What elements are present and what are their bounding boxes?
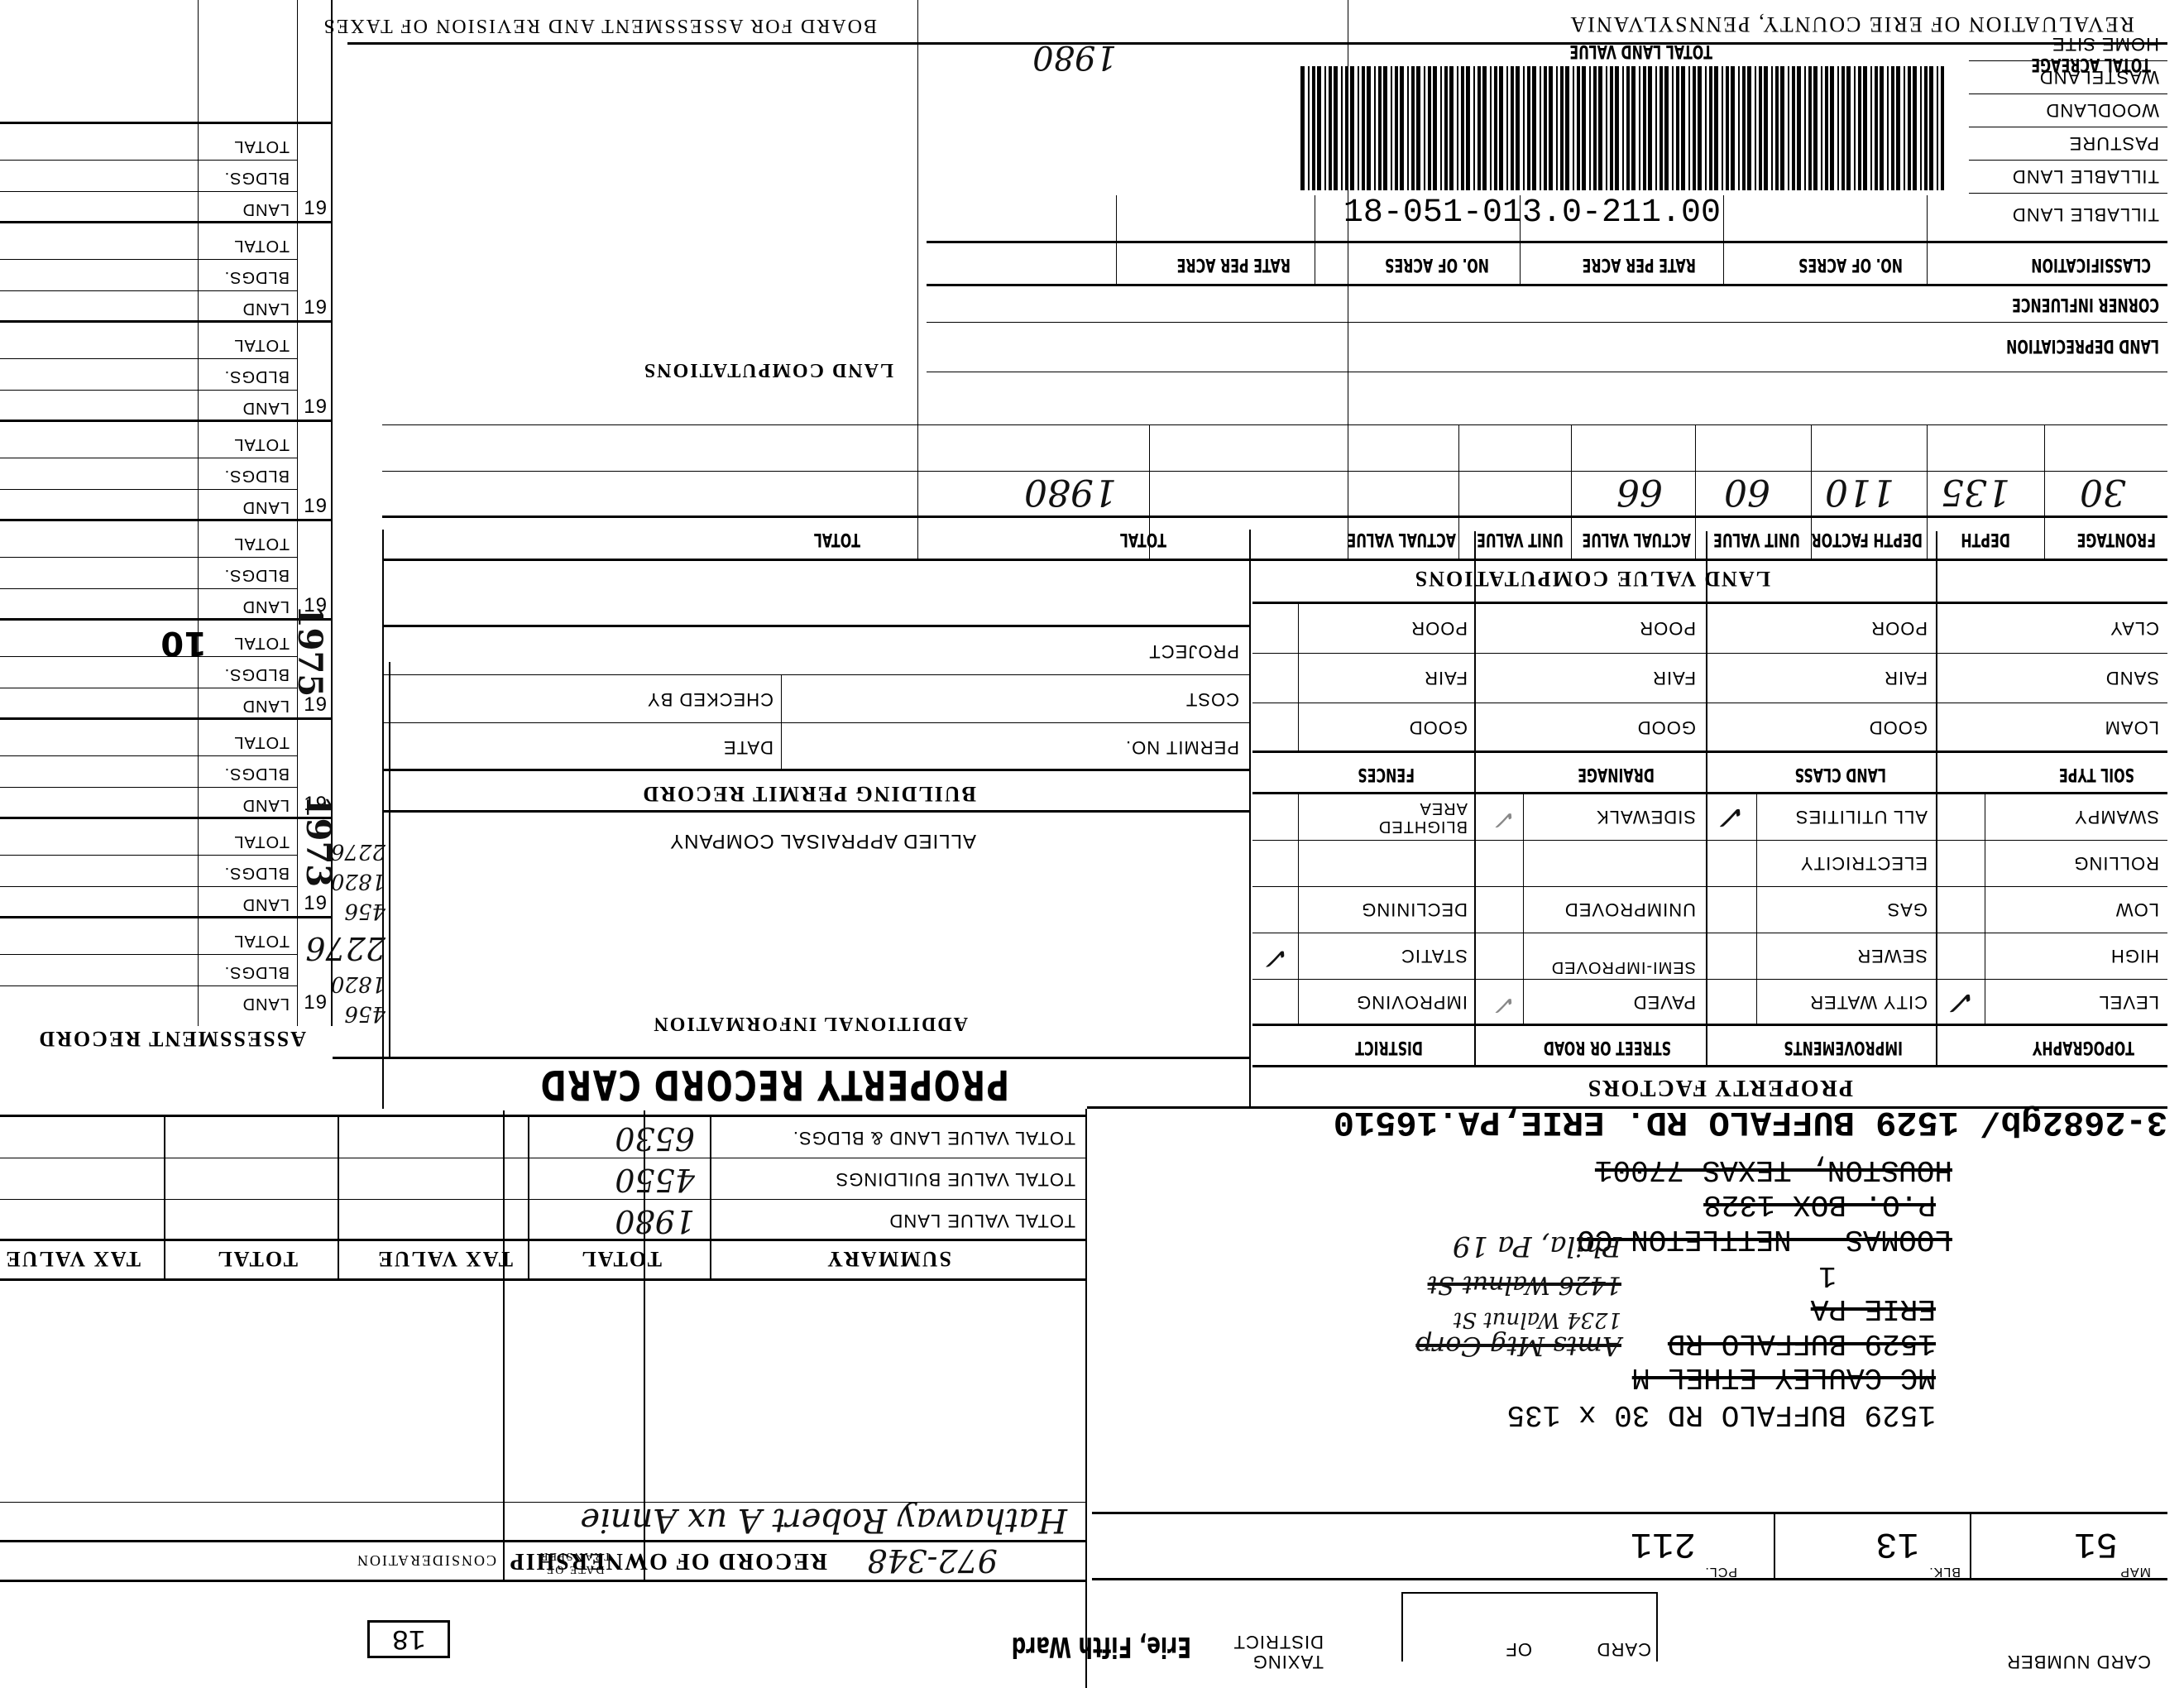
assessment-row-divider (0, 855, 298, 856)
assessment-block-divider (0, 618, 333, 621)
assessment-block-divider (0, 519, 333, 521)
assessment-row-label: TOTAL (233, 335, 290, 354)
assessment-row-divider (0, 290, 298, 291)
street-paved-check[interactable]: ✓ (1495, 990, 1517, 1021)
assessment-row-label: LAND (242, 597, 290, 616)
class-col-rate-2: RATE PER ACRE (1177, 254, 1291, 275)
assessment-block-divider (0, 817, 333, 819)
additional-info-label: ADDITIONAL INFORMATION (652, 1012, 968, 1034)
of-label: OF (1505, 1638, 1532, 1660)
topo-rolling: ROLLING (2073, 852, 2159, 874)
side-figure-5: 1820 (331, 869, 386, 894)
lv-col-actual-value-2: ACTUAL VALUE (1347, 529, 1456, 549)
board-title: BOARD FOR ASSESSMENT AND REVISION OF TAX… (322, 14, 877, 36)
blk-value: 13 (1875, 1523, 1919, 1564)
permit-no-label: PERMIT NO. (1125, 736, 1239, 758)
imp-gas: GAS (1887, 899, 1928, 920)
class-row-pasture: PASTURE (2069, 132, 2159, 154)
card-of-box: CARD OF (1401, 1592, 1658, 1662)
side-figure-3: 2276 (305, 930, 386, 966)
lv-col-unit-value-1: UNIT VALUE (1713, 529, 1800, 549)
assessment-row-label: BLDGS. (224, 367, 290, 386)
street-paved: PAVED (1633, 991, 1696, 1013)
lv-depth: 135 (1941, 471, 2010, 513)
assessment-year-prefix: 19 (304, 991, 328, 1014)
side-figure-6: 2276 (331, 839, 386, 864)
lv-col-actual-value-1: ACTUAL VALUE (1582, 529, 1691, 549)
summary-row-land-bldgs-total: 6530 (615, 1120, 695, 1157)
parcel-id: 18-051-013.0-211.00 (1343, 194, 1721, 232)
summary-row-land-bldgs-label: TOTAL VALUE LAND & BLDGS. (793, 1127, 1075, 1149)
assessment-row-label: TOTAL (233, 832, 290, 851)
building-permit-title: BUILDING PERMIT RECORD (641, 781, 976, 806)
district-static-check[interactable]: ✓ (1266, 941, 1291, 975)
imp-electricity: ELECTRICITY (1800, 852, 1928, 874)
assessment-year-prefix: 19 (304, 296, 328, 319)
map-label: MAP (2119, 1564, 2151, 1579)
assessment-row-label: TOTAL (233, 137, 290, 156)
assessment-row-divider (0, 557, 298, 558)
assessment-row-label: LAND (242, 299, 290, 318)
factor-col-topography: TOPOGRAPHY (2033, 1037, 2134, 1057)
assessment-row-label: TOTAL (233, 931, 290, 950)
handwritten-stamp: 10 (160, 624, 207, 662)
handwritten-year-1973: 1973 (299, 795, 338, 887)
lv-col-total-1: TOTAL (1120, 529, 1166, 549)
address-line-4-hand: 1234 Walnut St (1454, 1307, 1621, 1332)
assessment-row-divider (0, 588, 298, 589)
allied-appraisal-company: ALLIED APPRAISAL COMPANY (669, 829, 976, 852)
assessment-row-label: LAND (242, 398, 290, 417)
factor-col-improvements: IMPROVEMENTS (1784, 1037, 1903, 1057)
card-label: CARD (1597, 1638, 1651, 1660)
assessment-row-label: BLDGS. (224, 863, 290, 882)
assessment-year-prefix: 19 (304, 396, 328, 419)
pcl-value: 211 (1631, 1523, 1696, 1564)
assessment-row-divider (0, 886, 298, 887)
side-figure-4: 456 (344, 899, 386, 923)
lv-col-unit-value-2: UNIT VALUE (1477, 529, 1564, 549)
factor-col-district: DISTRICT (1355, 1037, 1423, 1057)
topo-level: LEVEL (2099, 991, 2160, 1013)
soil-col-drainage: DRAINAGE (1578, 764, 1655, 784)
side-figure-1: 456 (344, 1001, 386, 1026)
assessment-row-divider (0, 259, 298, 260)
imp-all-utilities-check[interactable]: ✓ (1719, 798, 1747, 836)
assessment-row-label: BLDGS. (224, 565, 290, 584)
address-line-5: 1 (1818, 1259, 1837, 1292)
assessment-row-label: LAND (242, 199, 290, 218)
date-of-transfer-label: DATE OF TRANSFER (513, 1549, 637, 1575)
assessment-row-label: TOTAL (233, 434, 290, 453)
assessment-block-divider (0, 916, 333, 918)
summary-row-buildings-label: TOTAL VALUE BUILDINGS (836, 1168, 1075, 1190)
assessment-row-label: TOTAL (233, 732, 290, 751)
soil-clay: CLAY (2110, 617, 2159, 639)
assessment-row-divider (0, 390, 298, 391)
lv-unit-value: 60 (1724, 471, 1770, 513)
assessment-block-divider (0, 420, 333, 422)
assessment-year-prefix: 19 (304, 892, 328, 915)
assessment-row-divider (0, 458, 298, 458)
lv-col-depth: DEPTH (1961, 529, 2010, 549)
assessment-row-label: BLDGS. (224, 168, 290, 187)
property-record-card-title: PROPERTY RECORD CARD (539, 1061, 1009, 1109)
permit-checked-by-label: CHECKED BY (647, 688, 773, 710)
permit-cost-label: COST (1185, 688, 1239, 710)
street-sidewalk-check[interactable]: ✓ (1495, 804, 1517, 836)
class-good: GOOD (1869, 717, 1928, 738)
summary-row-buildings-total: 4550 (615, 1162, 695, 1198)
total-acreage-label: TOTAL ACREAGE (2031, 54, 2151, 74)
permit-date-label: DATE (723, 736, 773, 758)
drainage-good: GOOD (1637, 717, 1696, 738)
fences-poor: POOR (1410, 617, 1468, 639)
blk-label: BLK. (1928, 1564, 1961, 1579)
taxing-district-value: Erie, Fifth Ward (1012, 1630, 1191, 1663)
district-blighted: BLIGHTED AREA (1335, 799, 1468, 836)
class-row-woodland: WOODLAND (2045, 99, 2159, 121)
address-line-4: ERIE PA (1811, 1292, 1936, 1326)
lv-frontage: 30 (2080, 471, 2126, 513)
box-number: 18 (367, 1620, 450, 1658)
lv-col-frontage: FRONTAGE (2077, 529, 2156, 549)
topo-high: HIGH (2110, 945, 2159, 966)
assessment-row-label: LAND (242, 696, 290, 715)
summary-col-total-1: TOTAL (580, 1246, 662, 1271)
soil-col-land-class: LAND CLASS (1795, 764, 1886, 784)
class-row-tillable-1: TILLABLE LAND (2012, 204, 2159, 225)
assessment-year-prefix: 19 (304, 693, 328, 717)
assessment-row-divider (0, 160, 298, 161)
soil-sand: SAND (2105, 667, 2159, 688)
land-computations-label: LAND COMPUTATIONS (643, 358, 893, 381)
land-depreciation-label: LAND DEPRECIATION (2006, 335, 2159, 356)
county-title: REVALUATION OF ERIE COUNTY, PENNSYLVANIA (1569, 12, 2134, 36)
assessment-row-label: BLDGS. (224, 764, 290, 783)
assessment-row-divider (0, 688, 298, 688)
topo-low: LOW (2115, 899, 2159, 920)
lv-col-total-2: TOTAL (814, 529, 860, 549)
address-line-6: LOOMAS - NETTLETON CO (1577, 1222, 1952, 1256)
drainage-fair: FAIR (1652, 667, 1696, 688)
assessment-block-divider (0, 717, 333, 720)
topo-swampy: SWAMPY (2074, 806, 2159, 827)
side-figure-2: 1820 (331, 971, 386, 996)
assessment-row-label: BLDGS. (224, 664, 290, 683)
imp-city-water: CITY WATER (1809, 991, 1928, 1013)
pcl-label: PCL. (1704, 1564, 1737, 1579)
barcode (1299, 66, 1944, 190)
street-semi-improved: SEMI-IMPROVED (1547, 958, 1696, 976)
assessment-year-prefix: 19 (304, 197, 328, 220)
land-value-computations-title: LAND VALUE COMPUTATIONS (1414, 566, 1770, 591)
consideration-label: CONSIDERATION (356, 1551, 496, 1569)
class-fair: FAIR (1884, 667, 1928, 688)
assessment-row-label: LAND (242, 894, 290, 914)
class-col-classification: CLASSIFICATION (2031, 254, 2151, 275)
address-line-2: MC CAULEY ETHEL M (1632, 1360, 1936, 1394)
property-record-card: CARD NUMBER CARD OF TAXING DISTRICT Erie… (0, 0, 2184, 1688)
assessment-row-label: TOTAL (233, 633, 290, 652)
summary-row-land-total: 1980 (615, 1203, 695, 1240)
corner-influence-label: CORNER INFLUENCE (2012, 294, 2159, 314)
imp-sewer: SEWER (1856, 945, 1928, 966)
permit-project-label: PROJECT (1148, 640, 1239, 662)
address-line-6-hand: Phila, Pa 19 (1453, 1230, 1621, 1263)
fences-good: GOOD (1409, 717, 1468, 738)
map-value: 51 (2074, 1523, 2118, 1564)
class-col-acres-1: NO. OF ACRES (1798, 254, 1903, 275)
summary-col-tax-value-1: TAX VALUE (376, 1246, 513, 1271)
class-col-rate-1: RATE PER ACRE (1583, 254, 1696, 275)
assessment-record-title: ASSESSMENT RECORD (37, 1026, 306, 1051)
street-sidewalk: SIDEWALK (1596, 806, 1696, 827)
soil-col-fences: FENCES (1358, 764, 1415, 784)
assessment-year-prefix: 19 (304, 495, 328, 518)
assessment-row-divider (0, 787, 298, 788)
assessment-row-divider (0, 985, 298, 986)
assessment-row-divider (0, 656, 298, 657)
factor-col-street: STREET OR ROAD (1544, 1037, 1671, 1057)
summary-row-land-label: TOTAL VALUE LAND (889, 1210, 1075, 1231)
assessment-block-divider (0, 221, 333, 223)
lv-depth-factor: 110 (1825, 471, 1894, 513)
imp-all-utilities: ALL UTILITIES (1795, 806, 1928, 827)
assessment-block-divider (0, 122, 333, 124)
assessment-row-label: LAND (242, 497, 290, 516)
summary-col-total-2: TOTAL (216, 1246, 298, 1271)
owner-name: Hathaway Robert A ux Annie (580, 1501, 1067, 1539)
summary-col-tax-value-2: TAX VALUE (4, 1246, 141, 1271)
soil-loam: LOAM (2105, 717, 2159, 738)
address-line-8: HOUSTON, TEXAS 77001 (1595, 1153, 1952, 1187)
lv-actual-value: 66 (1616, 471, 1663, 513)
property-factors-title: PROPERTY FACTORS (1587, 1074, 1853, 1101)
summary-header: SUMMARY (826, 1246, 951, 1271)
assessment-block-divider (0, 320, 333, 323)
address-line-5-hand: 1426 Walnut St (1428, 1270, 1621, 1299)
district-static: STATIC (1401, 945, 1468, 966)
district-declining: DECLINING (1361, 899, 1468, 920)
assessment-row-label: LAND (242, 795, 290, 814)
assessment-row-divider (0, 755, 298, 756)
taxing-district-label: TAXING DISTRICT (1216, 1632, 1324, 1671)
assessment-row-divider (0, 954, 298, 955)
assessment-row-label: BLDGS. (224, 466, 290, 485)
fences-fair: FAIR (1424, 667, 1468, 688)
address-line-1: 1529 BUFFALO RD 30 x 135 (1507, 1398, 1936, 1431)
district-improving: IMPROVING (1356, 991, 1468, 1013)
assessment-row-label: BLDGS. (224, 267, 290, 286)
handwritten-year-1975: 1975 (290, 605, 329, 697)
assessment-row-label: LAND (242, 994, 290, 1013)
card-number-label: CARD NUMBER (2006, 1652, 2151, 1671)
class-poor: POOR (1870, 617, 1928, 639)
address-line-3: 1529 BUFFALO RD (1668, 1326, 1936, 1360)
soil-col-soil-type: SOIL TYPE (2059, 764, 2134, 784)
street-unimproved: UNIMPROVED (1564, 899, 1696, 920)
topo-level-check[interactable]: ✓ (1949, 983, 1977, 1021)
assessment-row-label: BLDGS. (224, 962, 290, 981)
class-col-acres-2: NO. OF ACRES (1385, 254, 1489, 275)
assessment-row-divider (0, 489, 298, 490)
assessment-row-divider (0, 191, 298, 192)
lv-col-depth-factor: DEPTH FACTOR (1811, 529, 1923, 549)
assessment-row-label: TOTAL (233, 236, 290, 255)
address-line-3-hand: Amts Mtg Corp (1415, 1331, 1621, 1362)
assessment-row-label: TOTAL (233, 534, 290, 553)
address-line-7: P.O. BOX 1328 (1703, 1187, 1936, 1221)
class-row-tillable-2: TILLABLE LAND (2012, 165, 2159, 187)
lv-total: 1980 (1024, 471, 1117, 513)
drainage-poor: POOR (1639, 617, 1696, 639)
assessment-row-divider (0, 358, 298, 359)
deed-reference: 972-348 (867, 1542, 998, 1579)
